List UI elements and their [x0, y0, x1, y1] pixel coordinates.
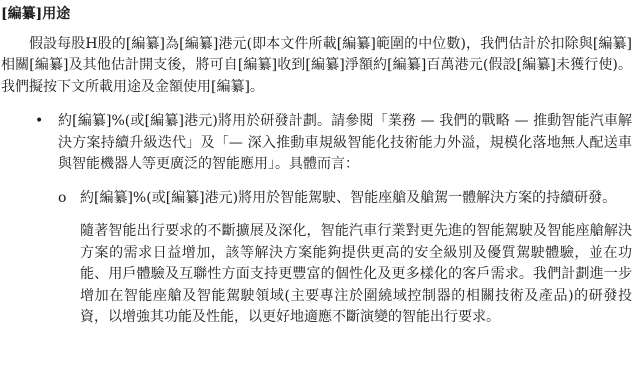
sub-bullet-text: 約[編纂]%(或[編纂]港元)將用於智能駕駛、智能座艙及艙駕一體解決方案的持續研…	[80, 188, 632, 210]
sub-bullet-marker: o	[58, 188, 66, 210]
intro-paragraph: 假設每股H股的[編纂]為[編纂]港元(即本文件所載[編纂]範圍的中位數)，我們估…	[1, 34, 632, 99]
section-heading: [編纂]用途	[1, 4, 632, 26]
sub-bullet-item-smart-driving: o 約[編纂]%(或[編纂]港元)將用於智能駕駛、智能座艙及艙駕一體解決方案的持…	[1, 188, 632, 210]
bullet-item-rd-plan: • 約[編纂]%(或[編纂]港元)將用於研發計劃。請參閱「業務 — 我們的戰略 …	[1, 111, 632, 176]
detail-paragraph: 隨著智能出行要求的不斷擴展及深化，智能汽車行業對更先進的智能駕駛及智能座艙解決方…	[80, 221, 632, 329]
document-page: [編纂]用途 假設每股H股的[編纂]為[編纂]港元(即本文件所載[編纂]範圍的中…	[0, 0, 640, 381]
bullet-text: 約[編纂]%(或[編纂]港元)將用於研發計劃。請參閱「業務 — 我們的戰略 — …	[58, 111, 632, 176]
bullet-marker: •	[35, 111, 43, 133]
